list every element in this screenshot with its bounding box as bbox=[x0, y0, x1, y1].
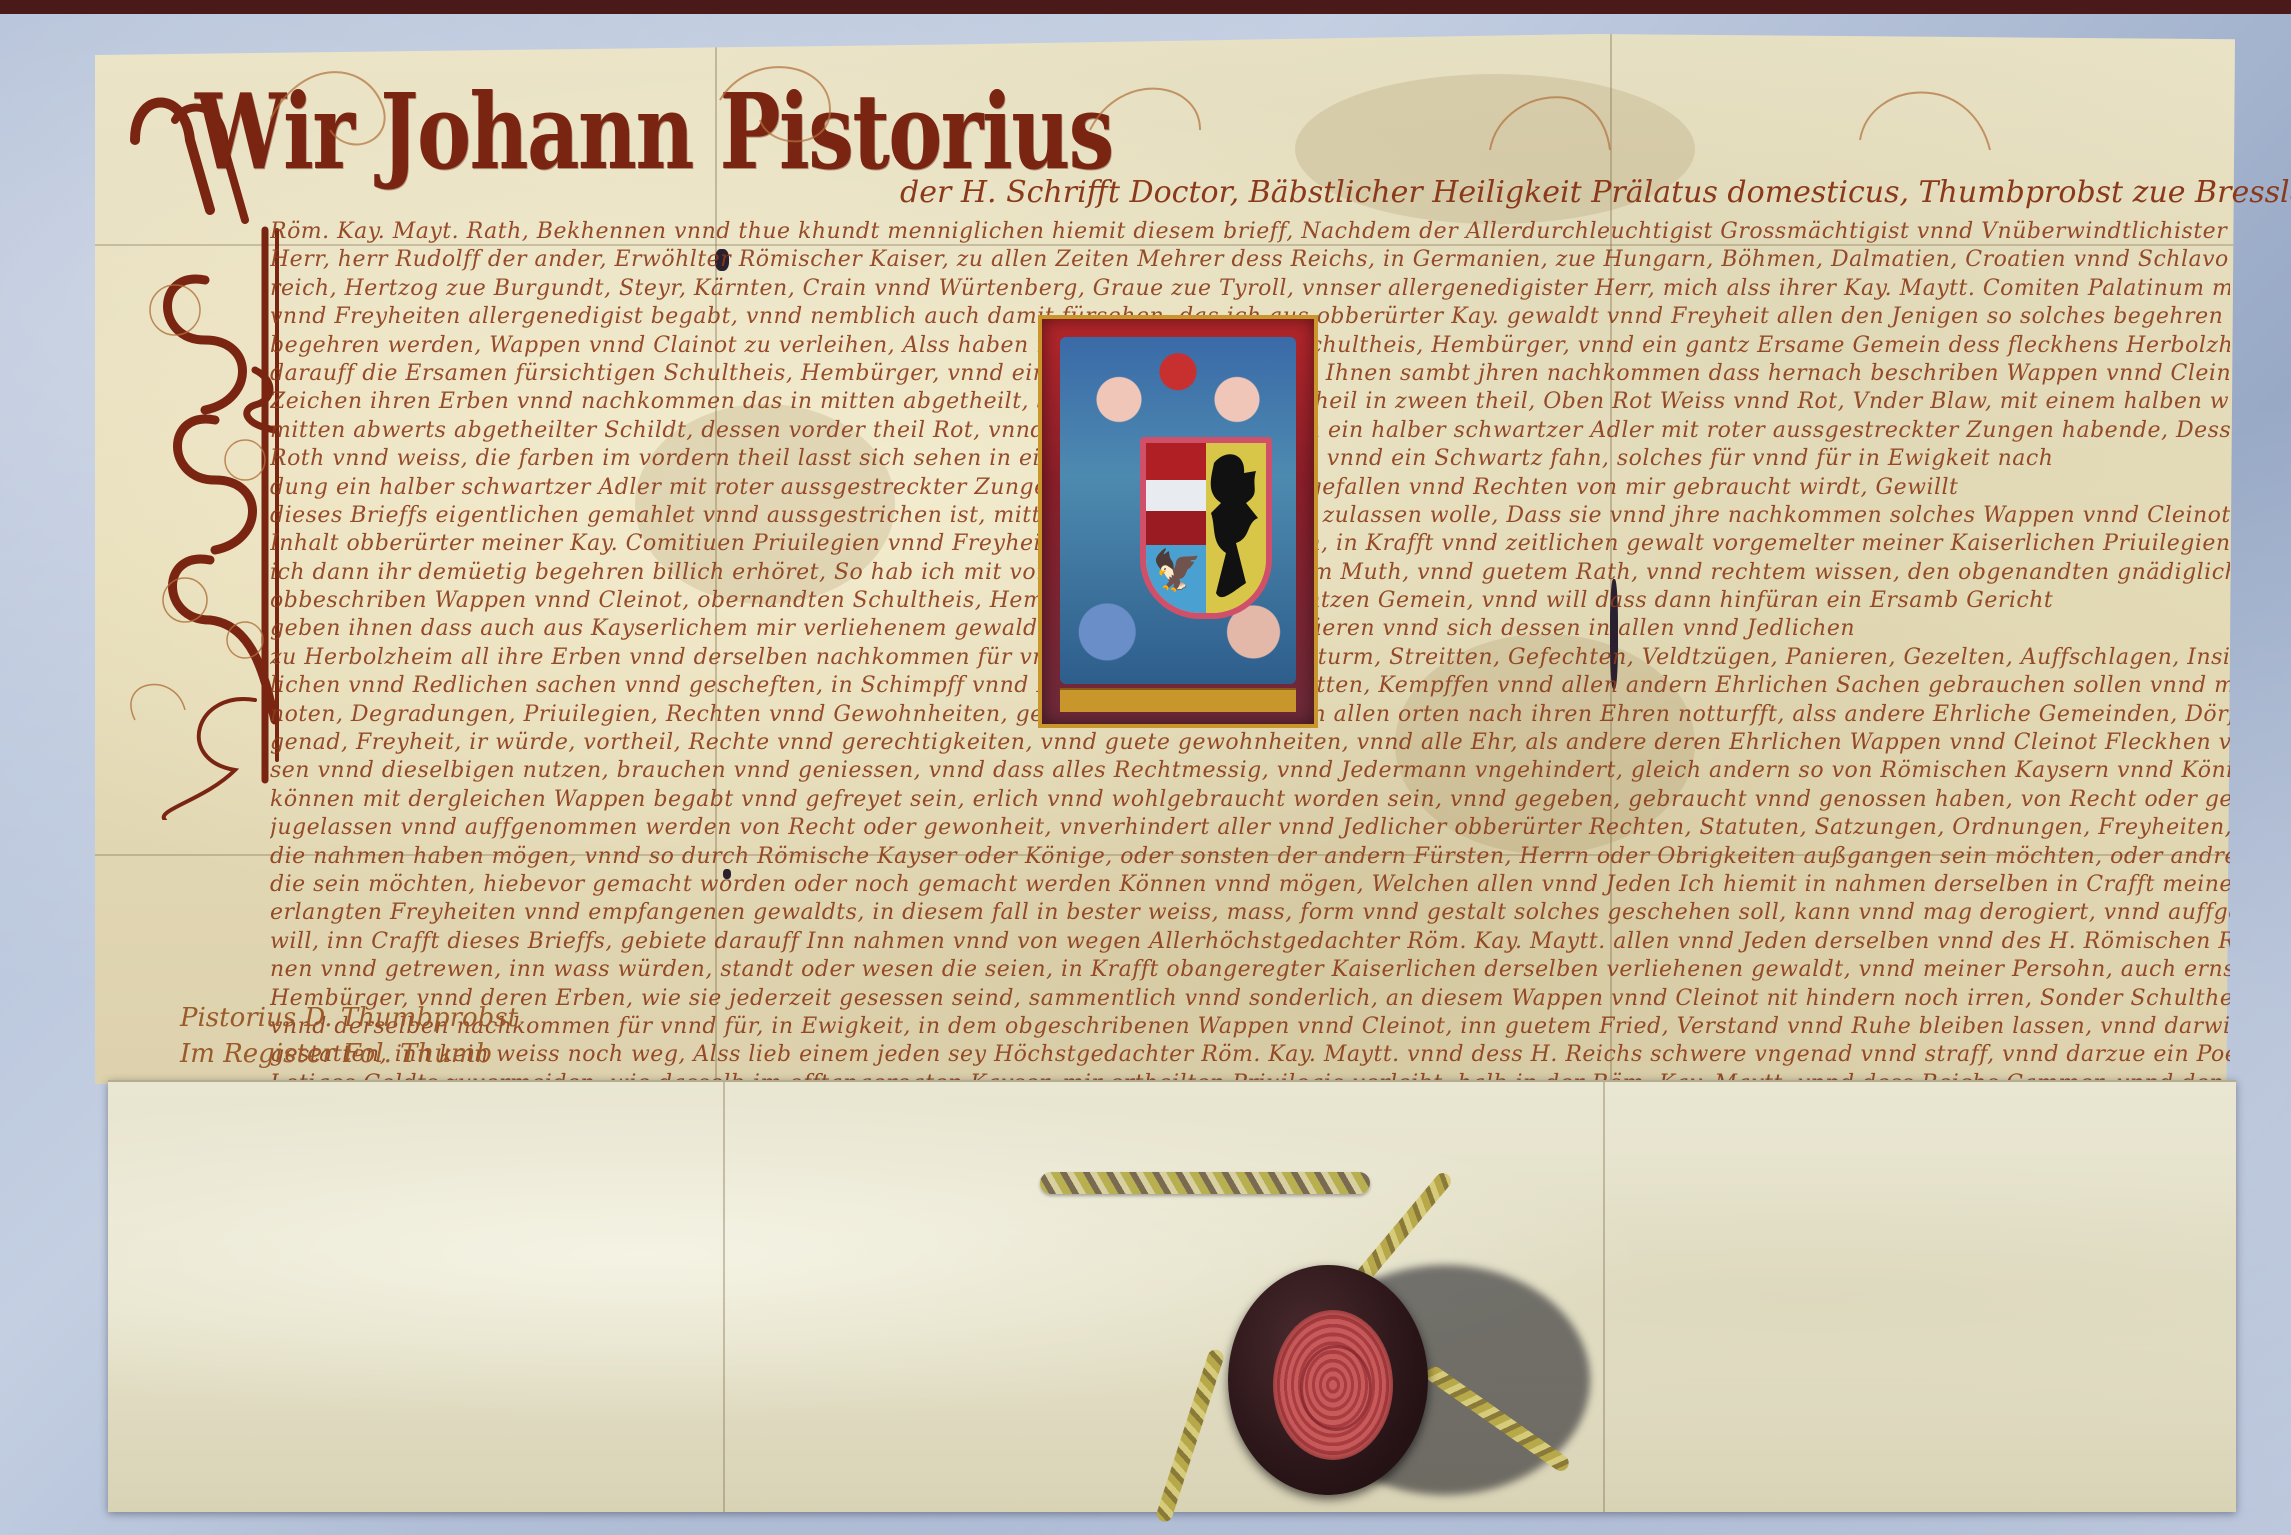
text-line: die nahmen haben mögen, vnnd so durch Rö… bbox=[270, 843, 2230, 871]
text-line: sen vnnd dieselbigen nutzen, brauchen vn… bbox=[270, 757, 2230, 785]
white-bar bbox=[1146, 480, 1206, 511]
red-bar bbox=[1146, 443, 1206, 480]
shield-left-half: 🦅 bbox=[1146, 443, 1206, 613]
text-line: genad, Freyheit, ir würde, vortheil, Rec… bbox=[270, 729, 2230, 757]
black-eagle-icon bbox=[1206, 443, 1266, 613]
illuminated-coat-of-arms: 🦅 bbox=[1038, 315, 1318, 728]
signature-line: Im Register Fol. Thumb bbox=[180, 1036, 518, 1072]
text-line: vnnd derselben nachkommen für vnnd für, … bbox=[270, 1013, 2230, 1041]
seal-inner-ring bbox=[1300, 1345, 1372, 1431]
text-line: gestatten, inn kein weiss noch weg, Alss… bbox=[270, 1041, 2230, 1069]
silver-eagle-icon: 🦅 bbox=[1152, 551, 1202, 591]
blue-field: 🦅 bbox=[1146, 545, 1206, 613]
dark-surface-edge bbox=[0, 0, 2291, 14]
arms-base bbox=[1060, 688, 1296, 712]
text-line: jugelassen vnnd auffgenommen werden von … bbox=[270, 814, 2230, 842]
fold-line bbox=[1603, 1082, 1605, 1512]
text-line: nen vnnd getrewen, inn wass würden, stan… bbox=[270, 956, 2230, 984]
signature-block: Pistorius D. Thumbprobst Im Register Fol… bbox=[180, 1000, 518, 1072]
text-line: die sein möchten, hiebevor gemacht worde… bbox=[270, 871, 2230, 899]
fold-line bbox=[723, 1082, 725, 1512]
text-line: reich, Hertzog zue Burgundt, Steyr, Kärn… bbox=[270, 275, 2230, 303]
folded-plica bbox=[108, 1080, 2236, 1512]
text-line: Herr, herr Rudolff der ander, Erwöhlter … bbox=[270, 246, 2230, 274]
braided-cord-loop bbox=[1040, 1172, 1370, 1194]
arms-cartouche: 🦅 bbox=[1060, 337, 1296, 684]
shield: 🦅 bbox=[1140, 437, 1272, 619]
text-line: Hembürger, vnnd deren Erben, wie sie jed… bbox=[270, 985, 2230, 1013]
text-line: Röm. Kay. Mayt. Rath, Bekhennen vnnd thu… bbox=[270, 218, 2230, 246]
text-line: erlangten Freyheiten vnnd empfangenen ge… bbox=[270, 899, 2230, 927]
red-bar bbox=[1146, 511, 1206, 545]
text-line: können mit dergleichen Wappen begabt vnn… bbox=[270, 786, 2230, 814]
flourish-ornaments bbox=[270, 40, 2170, 220]
signature-line: Pistorius D. Thumbprobst bbox=[180, 1000, 518, 1036]
text-line: will, inn Crafft dieses Brieffs, gebiete… bbox=[270, 928, 2230, 956]
shield-right-half bbox=[1206, 443, 1266, 613]
